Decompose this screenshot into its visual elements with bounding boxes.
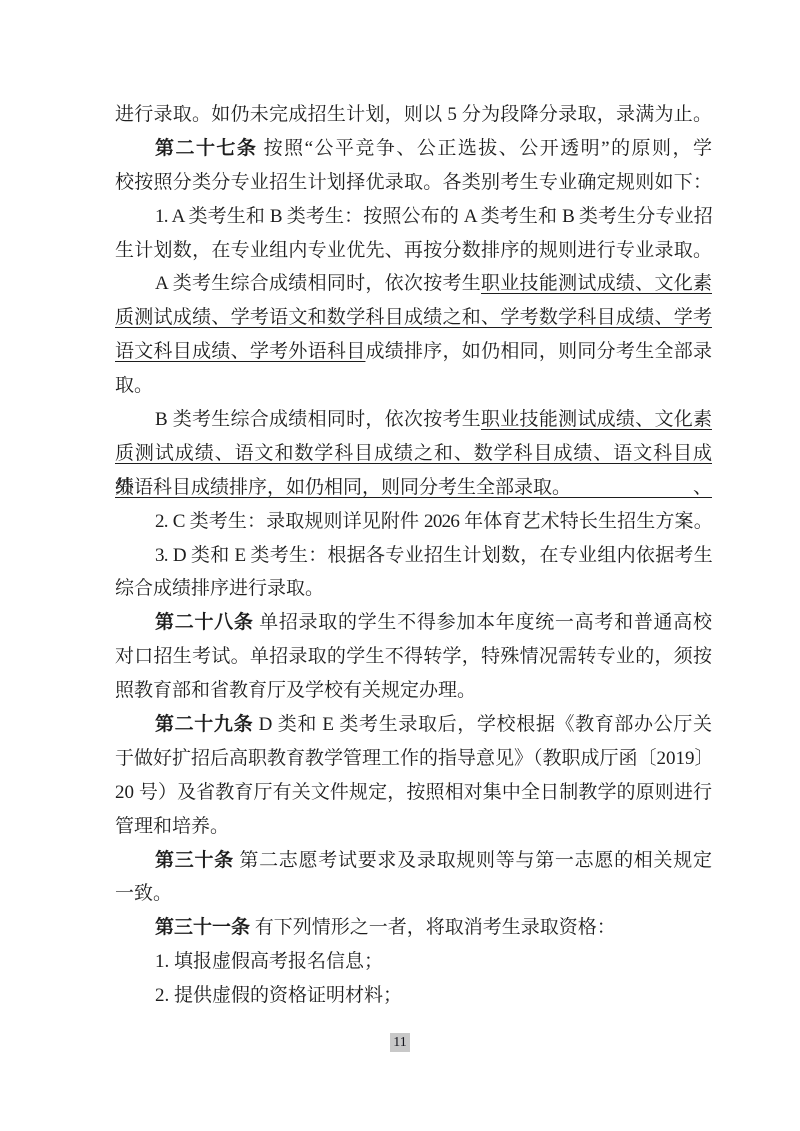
text-segment: ，如仍相同，则同分考生全部录取。 — [267, 477, 571, 498]
underlined-text: 语文科目成绩、学考外语科目 — [115, 341, 365, 362]
text-line: B 类考生综合成绩相同时，依次按考生职业技能测试成绩、文化素 — [115, 403, 712, 437]
text-line: 管理和培养。 — [115, 810, 712, 844]
text-line: 对口招生考试。单招录取的学生不得转学，特殊情况需转专业的，须按 — [115, 640, 712, 674]
article-heading: 第二十八条 — [155, 612, 254, 633]
text-segment: 20 号）及省教育厅有关文件规定，按照相对集中全日制教学的原则进行 — [115, 782, 712, 803]
text-segment: 有下列情形之一者，将取消考生录取资格： — [250, 917, 616, 938]
text-line: 进行录取。如仍未完成招生计划，则以 5 分为段降分录取，录满为止。 — [115, 98, 712, 132]
document-body: 进行录取。如仍未完成招生计划，则以 5 分为段降分录取，录满为止。第二十七条 按… — [115, 98, 712, 1013]
text-segment: 校按照分类分专业招生计划择优录取。各类别考生专业确定规则如下： — [115, 172, 712, 193]
text-line: 于做好扩招后高职教育教学管理工作的指导意见》（教职成厅函〔2019〕 — [115, 742, 712, 776]
text-segment: 单招录取的学生不得参加本年度统一高考和普通高校 — [254, 612, 712, 633]
underlined-text: 职业技能测试成绩、文化素 — [481, 409, 712, 430]
text-segment: 于做好扩招后高职教育教学管理工作的指导意见》（教职成厅函〔2019〕 — [115, 748, 714, 769]
text-line: 质测试成绩、学考语文和数学科目成绩之和、学考数学科目成绩、学考 — [115, 301, 712, 335]
text-line: 第三十条 第二志愿考试要求及录取规则等与第一志愿的相关规定 — [115, 844, 712, 878]
text-segment: 1. 填报虚假高考报名信息； — [155, 951, 383, 972]
text-line: 2. C 类考生：录取规则详见附件 2026 年体育艺术特长生招生方案。 — [115, 505, 712, 539]
text-line: 质测试成绩、语文和数学科目成绩之和、数学科目成绩、语文科目成绩、 — [115, 437, 712, 471]
text-line: 3. D 类和 E 类考生：根据各专业招生计划数，在专业组内依据考生 — [115, 539, 712, 573]
text-segment: 按照“公平竞争、公正选拔、公开透明”的原则，学 — [257, 138, 712, 159]
text-line: 语文科目成绩、学考外语科目成绩排序，如仍相同，则同分考生全部录 — [115, 335, 712, 369]
underlined-text: 职业技能测试成绩、文化素 — [481, 273, 712, 294]
text-line: 照教育部和省教育厅及学校有关规定办理。 — [115, 674, 712, 708]
text-segment: 一致。 — [115, 883, 172, 904]
text-line: 20 号）及省教育厅有关文件规定，按照相对集中全日制教学的原则进行 — [115, 776, 712, 810]
text-line: 综合成绩排序进行录取。 — [115, 572, 712, 606]
page-footer: 11 — [0, 1033, 800, 1052]
text-segment: 第二志愿考试要求及录取规则等与第一志愿的相关规定 — [234, 850, 712, 871]
text-segment: 综合成绩排序进行录取。 — [115, 578, 324, 599]
text-line: 第二十九条 D 类和 E 类考生录取后，学校根据《教育部办公厅关 — [115, 708, 712, 742]
page-number: 11 — [390, 1033, 409, 1052]
underlined-text: 质测试成绩、学考语文和数学科目成绩之和、学考数学科目成绩、学考 — [115, 307, 712, 328]
text-segment: 管理和培养。 — [115, 816, 229, 837]
text-line: 2. 提供虚假的资格证明材料； — [115, 979, 712, 1013]
text-segment: 3. D 类和 E 类考生：根据各专业招生计划数，在专业组内依据考生 — [155, 545, 712, 566]
text-line: 校按照分类分专业招生计划择优录取。各类别考生专业确定规则如下： — [115, 166, 712, 200]
text-line: 第三十一条 有下列情形之一者，将取消考生录取资格： — [115, 911, 712, 945]
article-heading: 第二十七条 — [155, 138, 257, 159]
text-line: 生计划数，在专业组内专业优先、再按分数排序的规则进行专业录取。 — [115, 234, 712, 268]
text-line: 第二十八条 单招录取的学生不得参加本年度统一高考和普通高校 — [115, 606, 712, 640]
text-segment: B 类考生综合成绩相同时，依次按考生 — [155, 409, 481, 430]
underlined-text: 外语科目成绩排序 — [115, 477, 267, 498]
article-heading: 第三十一条 — [155, 917, 250, 938]
text-line: A 类考生综合成绩相同时，依次按考生职业技能测试成绩、文化素 — [115, 267, 712, 301]
text-segment: 进行录取。如仍未完成招生计划，则以 5 分为段降分录取，录满为止。 — [115, 104, 712, 125]
text-line: 第二十七条 按照“公平竞争、公正选拔、公开透明”的原则，学 — [115, 132, 712, 166]
text-segment: 成绩排序，如仍相同，则同分考生全部录 — [365, 341, 712, 362]
text-segment: D 类和 E 类考生录取后，学校根据《教育部办公厅关 — [253, 714, 712, 735]
text-segment: A 类考生综合成绩相同时，依次按考生 — [155, 273, 481, 294]
text-line: 取。 — [115, 369, 712, 403]
text-segment: 2. C 类考生：录取规则详见附件 2026 年体育艺术特长生招生方案。 — [155, 511, 712, 532]
article-heading: 第二十九条 — [155, 714, 253, 735]
text-segment: 1. A 类考生和 B 类考生：按照公布的 A 类考生和 B 类考生分专业招 — [155, 206, 712, 227]
text-segment: 照教育部和省教育厅及学校有关规定办理。 — [115, 680, 476, 701]
text-segment: 取。 — [115, 375, 153, 396]
text-segment: 2. 提供虚假的资格证明材料； — [155, 985, 402, 1006]
text-line: 1. A 类考生和 B 类考生：按照公布的 A 类考生和 B 类考生分专业招 — [115, 200, 712, 234]
text-line: 一致。 — [115, 877, 712, 911]
text-line: 1. 填报虚假高考报名信息； — [115, 945, 712, 979]
article-heading: 第三十条 — [155, 850, 234, 871]
text-segment: 对口招生考试。单招录取的学生不得转学，特殊情况需转专业的，须按 — [115, 646, 712, 667]
text-segment: 生计划数，在专业组内专业优先、再按分数排序的规则进行专业录取。 — [115, 240, 712, 261]
